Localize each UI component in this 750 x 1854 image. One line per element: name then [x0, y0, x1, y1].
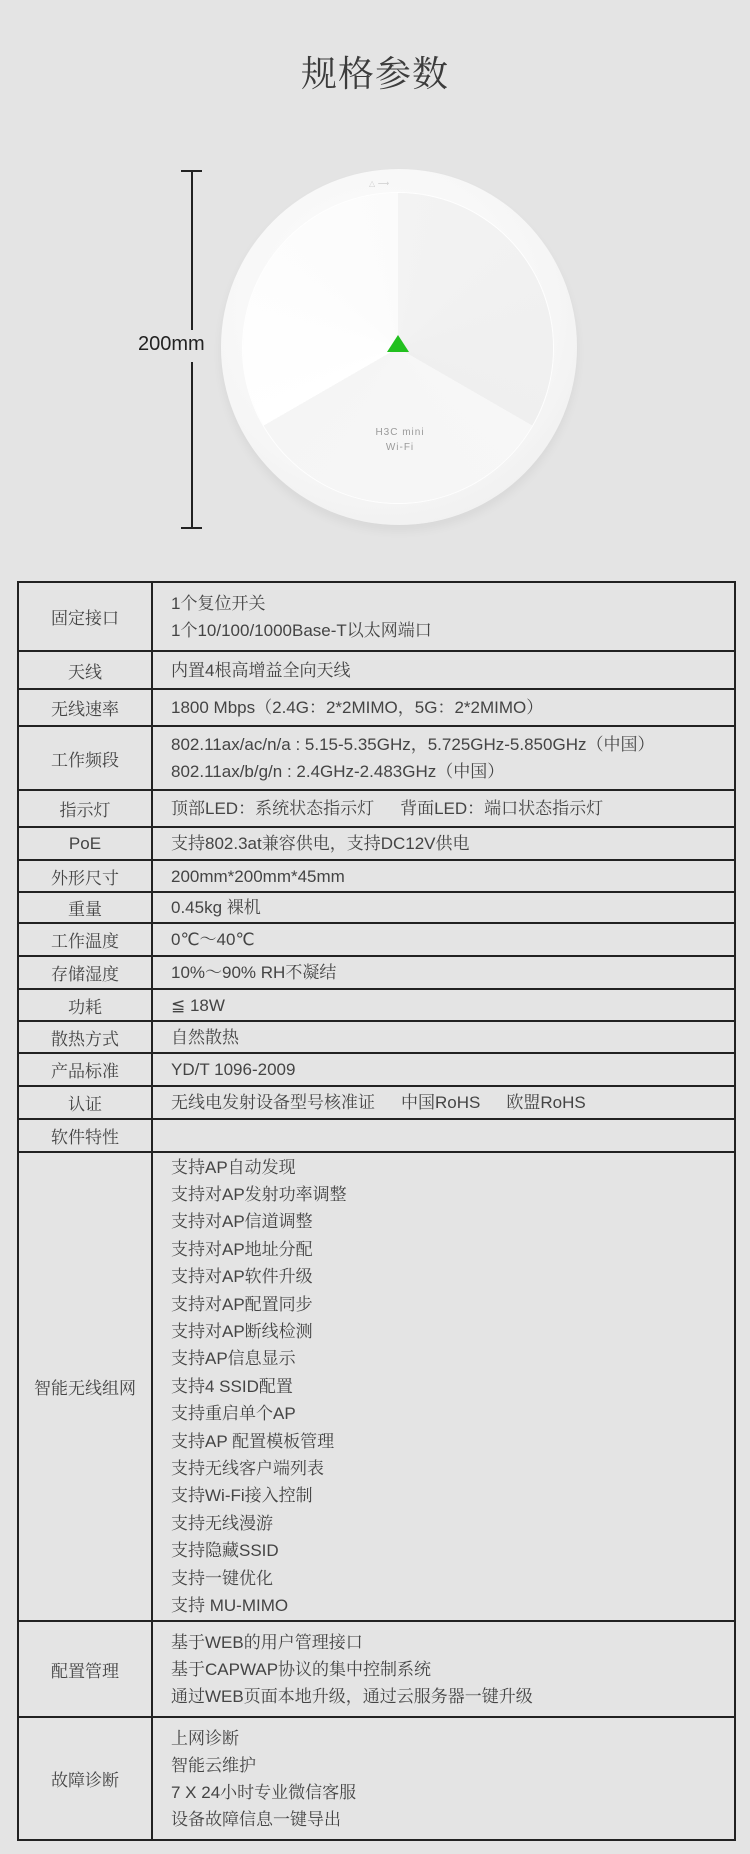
spec-row: 指示灯顶部LED：系统状态指示灯背面LED：端口状态指示灯 — [18, 790, 735, 827]
spec-value: 10%～90% RH不凝结 — [152, 956, 735, 989]
spec-value: 1个复位开关1个10/100/1000Base-T以太网端口 — [152, 582, 735, 651]
spec-label: PoE — [18, 827, 152, 860]
spec-value-line: 支持802.3at兼容供电，支持DC12V供电 — [171, 830, 734, 857]
spec-label: 故障诊断 — [18, 1717, 152, 1840]
spec-row: 软件特性 — [18, 1119, 735, 1152]
spec-value-line: 内置4根高增益全向天线 — [171, 657, 734, 684]
spec-value: 无线电发射设备型号核准证中国RoHS欧盟RoHS — [152, 1086, 735, 1119]
brand-line-1: H3C mini — [360, 425, 440, 440]
spec-label: 固定接口 — [18, 582, 152, 651]
spec-value-line: 802.11ax/b/g/n : 2.4GHz-2.483GHz（中国） — [171, 758, 734, 785]
spec-label: 散热方式 — [18, 1021, 152, 1053]
spec-value: 1800 Mbps（2.4G：2*2MIMO，5G：2*2MIMO） — [152, 689, 735, 726]
led-triangle-icon — [387, 335, 409, 352]
spec-row: 认证无线电发射设备型号核准证中国RoHS欧盟RoHS — [18, 1086, 735, 1119]
spec-label: 配置管理 — [18, 1621, 152, 1717]
spec-table: 固定接口1个复位开关1个10/100/1000Base-T以太网端口天线内置4根… — [17, 581, 736, 1841]
ruler-top-cap — [181, 170, 202, 172]
spec-row: 故障诊断上网诊断智能云维护7 X 24小时专业微信客服设备故障信息一键导出 — [18, 1717, 735, 1840]
spec-label: 产品标准 — [18, 1053, 152, 1086]
spec-row: 天线内置4根高增益全向天线 — [18, 651, 735, 689]
dimension-label: 200mm — [138, 333, 205, 356]
spec-value: ≦ 18W — [152, 989, 735, 1021]
spec-value-line: 支持AP自动发现 — [171, 1154, 734, 1181]
spec-row: 工作温度0℃～40℃ — [18, 923, 735, 956]
brand-line-2: Wi-Fi — [360, 440, 440, 455]
spec-value-line: 0℃～40℃ — [171, 926, 734, 953]
spec-label: 工作频段 — [18, 726, 152, 790]
spec-value: 支持802.3at兼容供电，支持DC12V供电 — [152, 827, 735, 860]
spec-value: 内置4根高增益全向天线 — [152, 651, 735, 689]
spec-value-line: 自然散热 — [171, 1024, 734, 1051]
spec-value-line: 支持无线漫游 — [171, 1510, 734, 1537]
spec-row: 配置管理基于WEB的用户管理接口基于CAPWAP协议的集中控制系统通过WEB页面… — [18, 1621, 735, 1717]
spec-label: 功耗 — [18, 989, 152, 1021]
spec-value-line: 1800 Mbps（2.4G：2*2MIMO，5G：2*2MIMO） — [171, 694, 734, 721]
spec-value-line: 设备故障信息一键导出 — [171, 1806, 734, 1833]
spec-value-line: 支持AP 配置模板管理 — [171, 1428, 734, 1455]
spec-value-line: 支持 MU-MIMO — [171, 1592, 734, 1619]
spec-value: 顶部LED：系统状态指示灯背面LED：端口状态指示灯 — [152, 790, 735, 827]
spec-value: 0℃～40℃ — [152, 923, 735, 956]
spec-value-line: 通过WEB页面本地升级，通过云服务器一键升级 — [171, 1683, 734, 1710]
spec-row: 无线速率1800 Mbps（2.4G：2*2MIMO，5G：2*2MIMO） — [18, 689, 735, 726]
spec-value-line: 200mm*200mm*45mm — [171, 863, 734, 890]
spec-value: YD/T 1096-2009 — [152, 1053, 735, 1086]
spec-value-line: 智能云维护 — [171, 1752, 734, 1779]
spec-value: 802.11ax/ac/n/a : 5.15-5.35GHz，5.725GHz-… — [152, 726, 735, 790]
spec-value: 上网诊断智能云维护7 X 24小时专业微信客服设备故障信息一键导出 — [152, 1717, 735, 1840]
spec-value — [152, 1119, 735, 1152]
spec-value-item: 欧盟RoHS — [506, 1093, 585, 1112]
spec-row: 散热方式自然散热 — [18, 1021, 735, 1053]
spec-value-line: 支持AP信息显示 — [171, 1345, 734, 1372]
spec-value-line: 支持无线客户端列表 — [171, 1455, 734, 1482]
spec-value-line: 0.45kg 裸机 — [171, 894, 734, 921]
spec-row: 固定接口1个复位开关1个10/100/1000Base-T以太网端口 — [18, 582, 735, 651]
spec-value-line: 支持隐藏SSID — [171, 1537, 734, 1564]
spec-label: 无线速率 — [18, 689, 152, 726]
slider-arrow-icon: △ ⟶ — [369, 179, 389, 188]
spec-value-line: 7 X 24小时专业微信客服 — [171, 1779, 734, 1806]
spec-value-line: 支持对AP发射功率调整 — [171, 1181, 734, 1208]
spec-value-line: 支持4 SSID配置 — [171, 1373, 734, 1400]
brand-logo: H3C mini Wi-Fi — [360, 425, 440, 455]
spec-value-line: 支持对AP配置同步 — [171, 1291, 734, 1318]
spec-value-line: 支持对AP信道调整 — [171, 1208, 734, 1235]
spec-row: 存储湿度10%～90% RH不凝结 — [18, 956, 735, 989]
spec-row: 工作频段802.11ax/ac/n/a : 5.15-5.35GHz，5.725… — [18, 726, 735, 790]
ruler-bottom-cap — [181, 527, 202, 529]
spec-value: 自然散热 — [152, 1021, 735, 1053]
spec-value-item: 无线电发射设备型号核准证 — [171, 1093, 375, 1112]
spec-value-line: 1个10/100/1000Base-T以太网端口 — [171, 617, 734, 644]
spec-value-line: 支持对AP断线检测 — [171, 1318, 734, 1345]
spec-value-item: 背面LED：端口状态指示灯 — [400, 799, 603, 818]
spec-row: 重量0.45kg 裸机 — [18, 892, 735, 923]
spec-value-line: 10%～90% RH不凝结 — [171, 959, 734, 986]
spec-value-line: 支持Wi-Fi接入控制 — [171, 1482, 734, 1509]
spec-row: PoE支持802.3at兼容供电，支持DC12V供电 — [18, 827, 735, 860]
spec-value-line: YD/T 1096-2009 — [171, 1056, 734, 1083]
spec-value: 支持AP自动发现支持对AP发射功率调整支持对AP信道调整支持对AP地址分配支持对… — [152, 1152, 735, 1621]
spec-value-line: 支持对AP软件升级 — [171, 1263, 734, 1290]
spec-value: 200mm*200mm*45mm — [152, 860, 735, 892]
spec-row: 功耗≦ 18W — [18, 989, 735, 1021]
spec-label: 认证 — [18, 1086, 152, 1119]
spec-label: 软件特性 — [18, 1119, 152, 1152]
spec-value-line: 上网诊断 — [171, 1725, 734, 1752]
spec-label: 外形尺寸 — [18, 860, 152, 892]
spec-row: 产品标准YD/T 1096-2009 — [18, 1053, 735, 1086]
spec-label: 天线 — [18, 651, 152, 689]
page-title: 规格参数 — [0, 46, 750, 97]
spec-row: 智能无线组网支持AP自动发现支持对AP发射功率调整支持对AP信道调整支持对AP地… — [18, 1152, 735, 1621]
spec-label: 指示灯 — [18, 790, 152, 827]
spec-row: 外形尺寸200mm*200mm*45mm — [18, 860, 735, 892]
spec-value-line: 基于CAPWAP协议的集中控制系统 — [171, 1656, 734, 1683]
spec-value-item: 顶部LED：系统状态指示灯 — [171, 799, 374, 818]
spec-value-line: 802.11ax/ac/n/a : 5.15-5.35GHz，5.725GHz-… — [171, 731, 734, 758]
spec-label: 智能无线组网 — [18, 1152, 152, 1621]
spec-value: 基于WEB的用户管理接口基于CAPWAP协议的集中控制系统通过WEB页面本地升级… — [152, 1621, 735, 1717]
spec-value-line: 支持重启单个AP — [171, 1400, 734, 1427]
spec-label: 存储湿度 — [18, 956, 152, 989]
spec-value-item: 中国RoHS — [401, 1093, 480, 1112]
spec-label: 重量 — [18, 892, 152, 923]
spec-value-line: 1个复位开关 — [171, 590, 734, 617]
spec-label: 工作温度 — [18, 923, 152, 956]
spec-value: 0.45kg 裸机 — [152, 892, 735, 923]
spec-value-line: 基于WEB的用户管理接口 — [171, 1629, 734, 1656]
spec-value-line: 支持对AP地址分配 — [171, 1236, 734, 1263]
spec-value-line: 支持一键优化 — [171, 1565, 734, 1592]
spec-value-line: ≦ 18W — [171, 992, 734, 1019]
